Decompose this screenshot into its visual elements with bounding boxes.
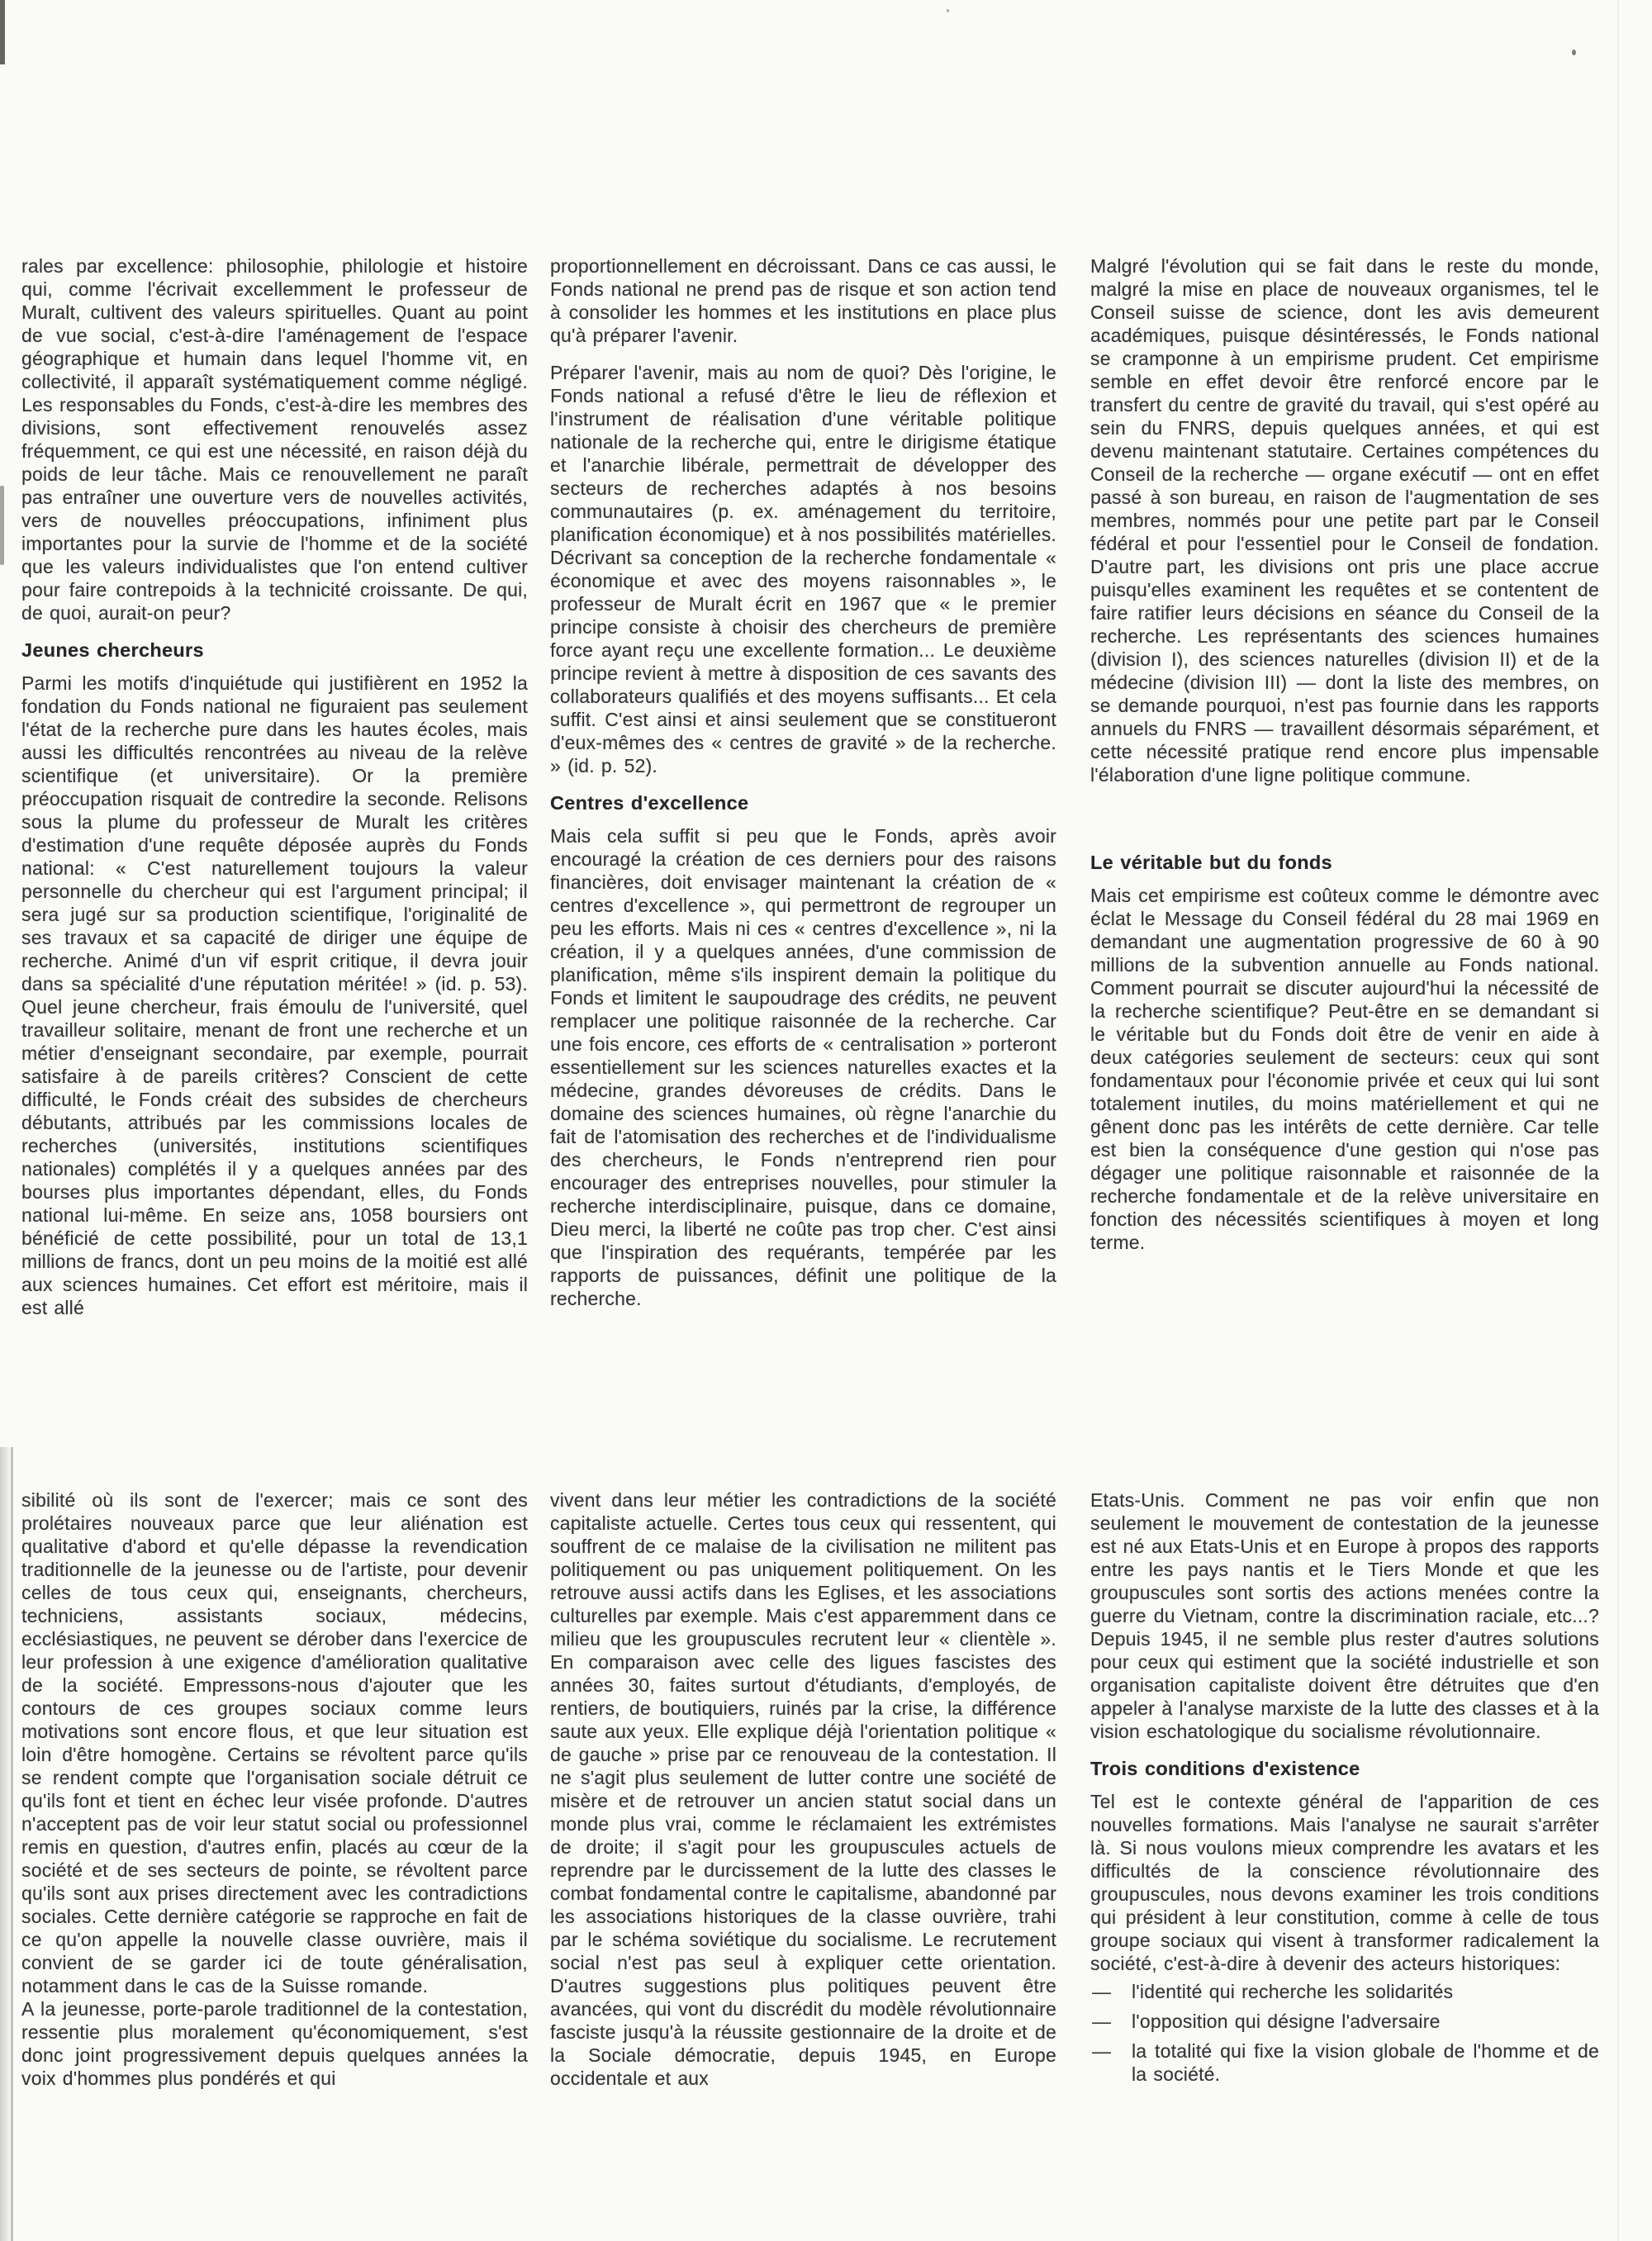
scan-artifact-smudge (0, 486, 4, 565)
paragraph: A la jeunesse, porte-parole traditionnel… (21, 1997, 528, 2090)
section-heading-jeunes-chercheurs: Jeunes chercheurs (21, 639, 528, 662)
bullet-dash: — (1092, 2010, 1111, 2033)
article-column-top-middle: proportionnellement en décroissant. Dans… (550, 254, 1056, 1310)
bullet-text: l'identité qui recherche les solidarités (1132, 1981, 1453, 2002)
bullet-dash: — (1092, 1980, 1111, 2003)
section-heading-veritable-but: Le véritable but du fonds (1090, 851, 1599, 874)
paragraph: Préparer l'avenir, mais au nom de quoi? … (550, 361, 1056, 777)
bullet-item: — l'identité qui recherche les solidarit… (1090, 1980, 1599, 2003)
paragraph: Mais cela suffit si peu que le Fonds, ap… (550, 824, 1056, 1310)
paragraph: Etats-Unis. Comment ne pas voir enfin qu… (1090, 1488, 1599, 1743)
paragraph: sibilité où ils sont de l'exercer; mais … (21, 1488, 528, 1997)
scan-artifact-corner (0, 0, 5, 64)
scan-artifact-speck (947, 9, 949, 12)
article-column-top-left: rales par excellence: philosophie, philo… (21, 254, 528, 1319)
scan-artifact-edge-band (0, 1447, 12, 2241)
bullet-dash: — (1092, 2039, 1111, 2063)
paragraph: rales par excellence: philosophie, philo… (21, 254, 528, 624)
bullet-text: la totalité qui fixe la vision globale d… (1132, 2040, 1599, 2085)
paragraph: Tel est le contexte général de l'apparit… (1090, 1790, 1599, 1975)
scan-artifact-speck (1572, 50, 1576, 55)
paragraph: Malgré l'évolution qui se fait dans le r… (1090, 254, 1599, 786)
conditions-list: — l'identité qui recherche les solidarit… (1090, 1980, 1599, 2086)
scan-artifact-edge-line (11, 1447, 13, 2241)
bullet-item: — la totalité qui fixe la vision globale… (1090, 2039, 1599, 2086)
bullet-item: — l'opposition qui désigne l'adversaire (1090, 2010, 1599, 2033)
bullet-text: l'opposition qui désigne l'adversaire (1132, 2011, 1441, 2032)
article-column-bottom-right: Etats-Unis. Comment ne pas voir enfin qu… (1090, 1488, 1599, 2092)
article-column-bottom-middle: vivent dans leur métier les contradictio… (550, 1488, 1056, 2090)
section-heading-trois-conditions: Trois conditions d'existence (1090, 1757, 1599, 1780)
paragraph: proportionnellement en décroissant. Dans… (550, 254, 1056, 347)
article-column-bottom-left: sibilité où ils sont de l'exercer; mais … (21, 1488, 528, 2090)
scanned-journal-page: rales par excellence: philosophie, philo… (0, 0, 1652, 2241)
section-heading-centres-excellence: Centres d'excellence (550, 791, 1056, 814)
article-column-top-right: Malgré l'évolution qui se fait dans le r… (1090, 254, 1599, 1254)
paragraph: Mais cet empirisme est coûteux comme le … (1090, 884, 1599, 1254)
paragraph: vivent dans leur métier les contradictio… (550, 1488, 1056, 2090)
paragraph: Parmi les motifs d'inquiétude qui justif… (21, 672, 528, 1319)
scan-artifact-fold-line (1617, 0, 1619, 2241)
